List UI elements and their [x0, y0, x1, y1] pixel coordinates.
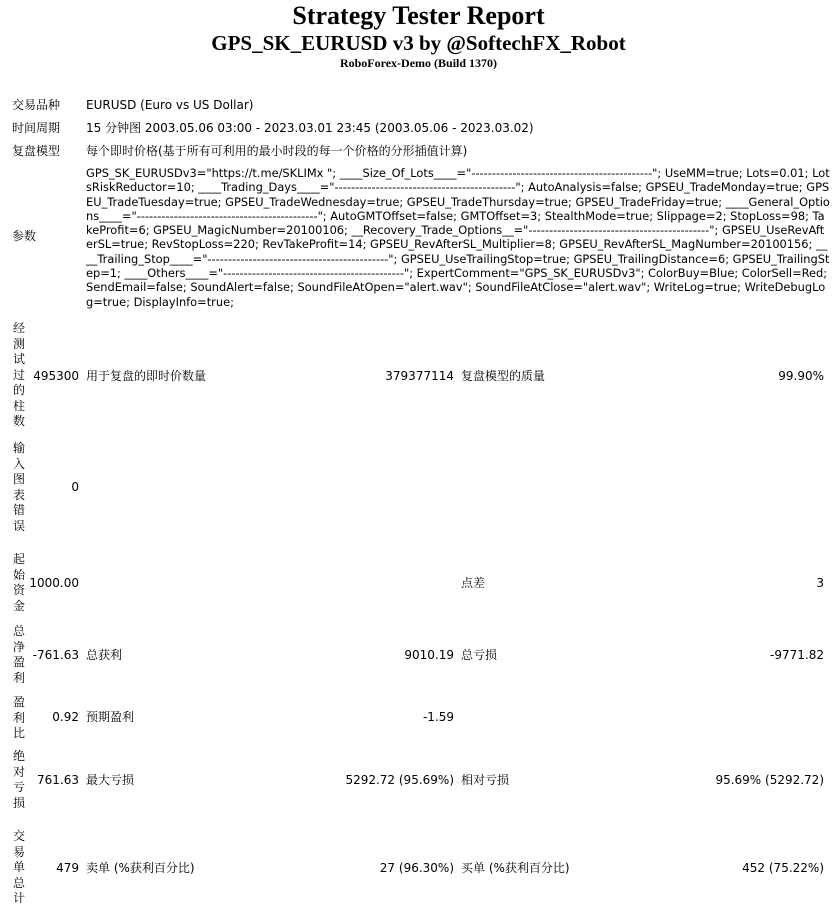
expert-name: GPS_SK_EURUSD v3 by @SoftechFX_Robot — [0, 31, 837, 55]
gross-loss-value: -9771.82 — [770, 648, 824, 663]
net-profit-value: -761.63 — [33, 648, 79, 663]
long-positions-label: 买单 (%获利百分比) — [461, 861, 570, 876]
ticks-label: 用于复盘的即时价数量 — [86, 369, 206, 384]
errors-value: 0 — [71, 480, 79, 495]
absolute-drawdown-label: 绝对亏损 — [12, 749, 26, 811]
total-trades-value: 479 — [56, 861, 79, 876]
profit-factor-label: 盈利比 — [12, 695, 26, 742]
absolute-drawdown-value: 761.63 — [37, 773, 79, 788]
expected-payoff-value: -1.59 — [423, 710, 454, 725]
net-profit-label: 总净盈利 — [12, 624, 26, 686]
long-positions-value: 452 (75.22%) — [742, 861, 824, 876]
spread-label: 点差 — [461, 576, 485, 591]
model-label: 复盘模型 — [12, 144, 60, 159]
total-trades-label: 交易单总计 — [12, 829, 26, 907]
params-value: GPS_SK_EURUSDv3="https://t.me/SKLIMx "; … — [86, 166, 831, 309]
gross-profit-value: 9010.19 — [404, 648, 454, 663]
bars-label: 经测试过的柱数 — [12, 321, 26, 430]
deposit-label: 起始资金 — [12, 552, 26, 614]
relative-drawdown-label: 相对亏损 — [461, 773, 509, 788]
ticks-value: 379377114 — [385, 369, 454, 384]
short-positions-value: 27 (96.30%) — [380, 861, 454, 876]
symbol-label: 交易品种 — [12, 98, 60, 113]
gross-profit-label: 总获利 — [86, 648, 122, 663]
max-drawdown-value: 5292.72 (95.69%) — [345, 773, 454, 788]
server-build: RoboForex-Demo (Build 1370) — [0, 56, 837, 70]
quality-label: 复盘模型的质量 — [461, 369, 545, 384]
expected-payoff-label: 预期盈利 — [86, 710, 134, 725]
quality-value: 99.90% — [778, 369, 824, 384]
relative-drawdown-value: 95.69% (5292.72) — [715, 773, 824, 788]
profit-factor-value: 0.92 — [52, 710, 79, 725]
deposit-value: 1000.00 — [29, 576, 79, 591]
report-title: Strategy Tester Report — [0, 1, 837, 31]
short-positions-label: 卖单 (%获利百分比) — [86, 861, 195, 876]
params-label: 参数 — [12, 229, 36, 244]
period-value: 15 分钟图 2003.05.06 03:00 - 2023.03.01 23:… — [86, 121, 534, 136]
model-value: 每个即时价格(基于所有可利用的最小时段的每一个价格的分形插值计算) — [86, 144, 467, 159]
symbol-value: EURUSD (Euro vs US Dollar) — [86, 98, 253, 113]
errors-label: 输入图表错误 — [12, 441, 26, 534]
period-label: 时间周期 — [12, 121, 60, 136]
gross-loss-label: 总亏损 — [461, 648, 497, 663]
bars-value: 495300 — [33, 369, 79, 384]
max-drawdown-label: 最大亏损 — [86, 773, 134, 788]
spread-value: 3 — [816, 576, 824, 591]
